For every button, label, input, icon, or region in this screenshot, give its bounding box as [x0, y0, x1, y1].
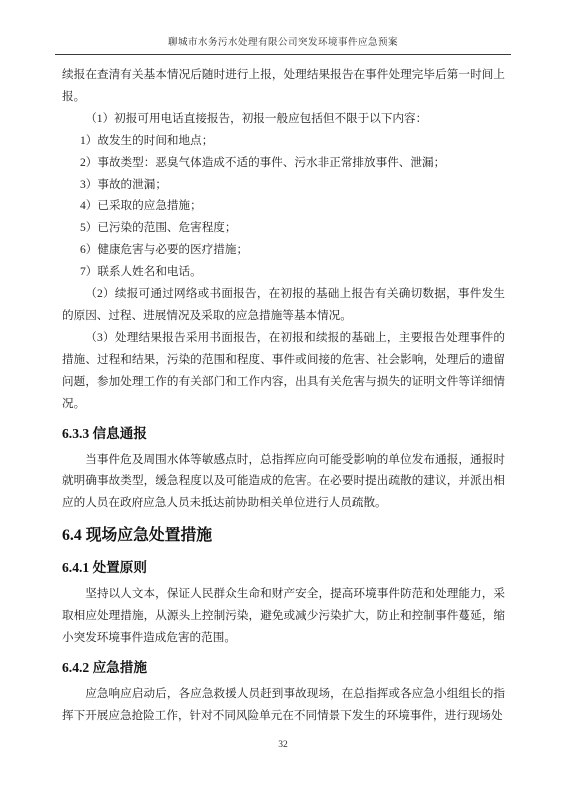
list-item-2: 2）事故类型：恶臭气体造成不适的事件、污水非正常排放事件、泄漏；	[62, 152, 505, 174]
list-item-5: 5）已污染的范围、危害程度；	[62, 217, 505, 239]
page-number: 32	[278, 740, 288, 750]
paragraph-initial-report: （1）初报可用电话直接报告，初报一般应包括但不限于以下内容：	[62, 108, 505, 130]
heading-6-4-2: 6.4.2 应急措施	[62, 656, 505, 680]
page-footer: 32	[0, 740, 566, 750]
paragraph-continuation: 续报在查清有关基本情况后随时进行上报，处理结果报告在事件处理完毕后第一时间上报。	[62, 64, 505, 108]
list-item-3: 3）事故的泄漏；	[62, 174, 505, 196]
heading-6-4-1: 6.4.1 处置原则	[62, 556, 505, 580]
paragraph-followup-report: （2）续报可通过网络或书面报告，在初报的基础上报告有关确切数据，事件发生的原因、…	[62, 283, 505, 327]
list-item-1: 1）故发生的时间和地点；	[62, 130, 505, 152]
document-page: 聊城市水务污水处理有限公司突发环境事件应急预案 续报在查清有关基本情况后随时进行…	[0, 0, 566, 800]
heading-6-3-3: 6.3.3 信息通报	[62, 422, 505, 446]
list-item-4: 4）已采取的应急措施；	[62, 195, 505, 217]
paragraph-emergency-measures: 应急响应启动后，各应急救援人员赶到事故现场，在总指挥或各应急小组组长的指挥下开展…	[62, 683, 505, 727]
list-item-6: 6）健康危害与必要的医疗措施；	[62, 239, 505, 261]
document-body: 续报在查清有关基本情况后随时进行上报，处理结果报告在事件处理完毕后第一时间上报。…	[62, 64, 505, 727]
header-title: 聊城市水务污水处理有限公司突发环境事件应急预案	[168, 38, 398, 48]
list-item-7: 7）联系人姓名和电话。	[62, 261, 505, 283]
page-header: 聊城市水务污水处理有限公司突发环境事件应急预案	[55, 34, 511, 55]
paragraph-info-notification: 当事件危及周围水体等敏感点时，总指挥应向可能受影响的单位发布通报，通报时就明确事…	[62, 449, 505, 515]
paragraph-disposal-principles: 坚持以人文本，保证人民群众生命和财产安全，提高环境事件防范和处理能力，采取相应处…	[62, 583, 505, 649]
paragraph-result-report: （3）处理结果报告采用书面报告，在初报和续报的基础上，主要报告处理事件的措施、过…	[62, 327, 505, 415]
heading-6-4: 6.4 现场应急处置措施	[62, 523, 505, 549]
